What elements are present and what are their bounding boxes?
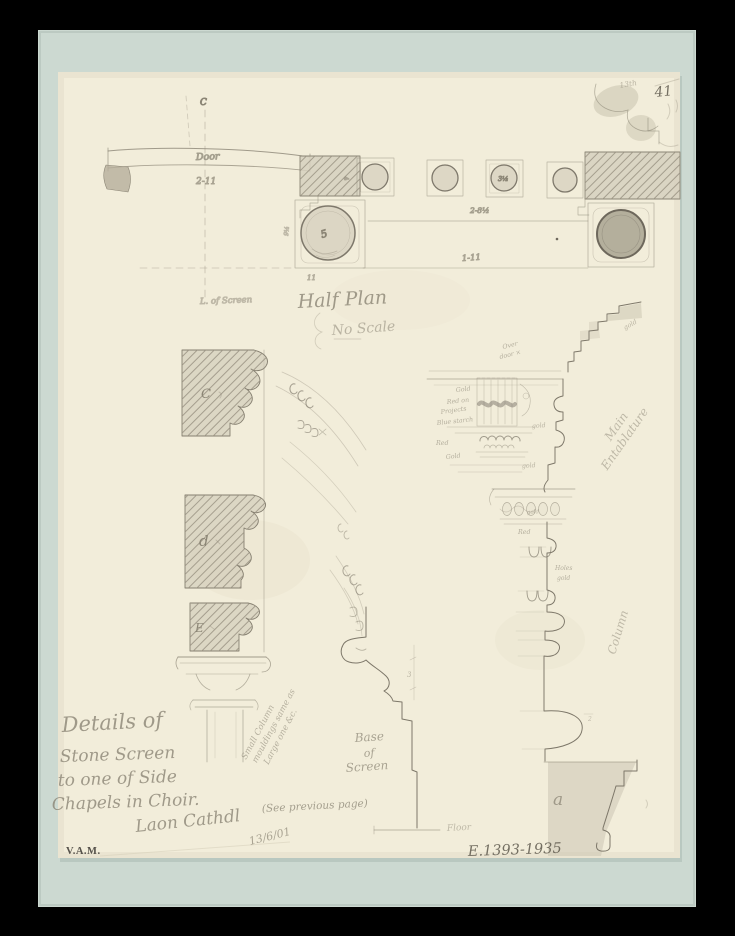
base-dim: 3 [407, 671, 412, 679]
block-d-label: d [199, 532, 209, 550]
dim-bay: 2-8½ [469, 206, 489, 215]
gold-note-3: gold [522, 462, 536, 470]
column-dim: 2 [587, 716, 592, 723]
base-label-3: Screen [345, 758, 388, 775]
pencil-dot [556, 238, 559, 241]
frieze-scribble [479, 403, 515, 406]
photograph-of-drawing: C Door 2-11 5 3½ 2-8½ 1-11 4 11 9½ L. of… [0, 0, 735, 936]
inscription-line2: Stone Screen [59, 743, 175, 767]
block-e-label: E [194, 621, 204, 635]
corbel-label: a [553, 790, 563, 810]
small-column-number: 3½ [498, 175, 508, 183]
dim-door-width: 2-11 [195, 177, 216, 187]
right-pier-hatch [585, 152, 680, 199]
dim-depth: 9½ [283, 226, 291, 236]
floor-label: Floor [446, 823, 472, 834]
drawing-canvas: C Door 2-11 5 3½ 2-8½ 1-11 4 11 9½ L. of… [0, 0, 735, 936]
holes-gold-note: gold [557, 575, 570, 582]
accession-number: E.1393-1935 [467, 841, 562, 860]
right-column-shaft [597, 210, 645, 258]
red-note: Red [435, 440, 449, 447]
gold-capital-note: gold [527, 509, 540, 516]
gold-frieze-note: gold [532, 422, 546, 430]
museum-stamp: V.A.M. [66, 846, 101, 857]
left-pier-hatch [300, 156, 360, 196]
red-column-note: Red [517, 529, 531, 536]
centerline-label: C [200, 98, 207, 108]
base-label-1: Base [353, 729, 384, 745]
block-c-label: C [201, 387, 211, 402]
holes-note: Holes [554, 565, 572, 572]
door-label: Door [195, 151, 221, 163]
page-number: 41 [653, 83, 673, 101]
dim-pad: 11 [307, 274, 316, 282]
big-column-shaft [301, 206, 355, 260]
jamb-block [104, 165, 131, 192]
dim-opening: 1-11 [462, 253, 482, 264]
line-of-screen-label: L. of Screen [199, 295, 253, 307]
inscription-line3: to one of Side [57, 767, 177, 791]
